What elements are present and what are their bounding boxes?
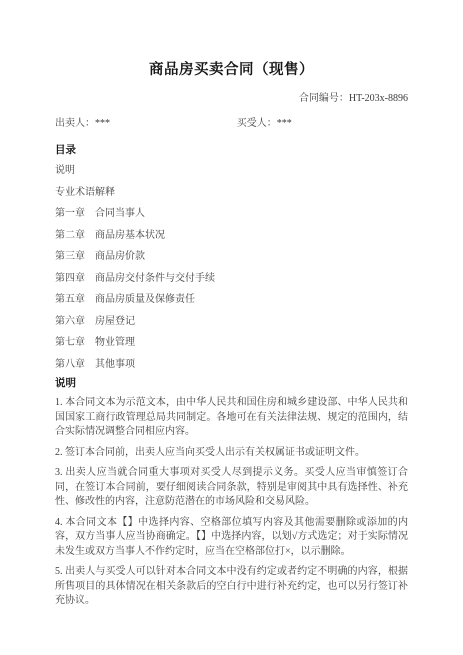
- contract-number-label: 合同编号：: [299, 93, 349, 104]
- toc-item-terms: 专业术语解释: [55, 182, 408, 204]
- buyer-value: ***: [277, 118, 292, 129]
- toc-item-chapter-1: 第一章 合同当事人: [55, 203, 408, 225]
- parties-row: 出卖人：*** 买受人：***: [55, 118, 408, 130]
- notes-list: 1. 本合同文本为示范文本，由中华人民共和国住房和城乡建设部、中华人民共和国国家…: [55, 396, 408, 609]
- toc-item-shuoming: 说明: [55, 160, 408, 182]
- toc-heading: 目录: [55, 144, 408, 157]
- toc-list: 说明 专业术语解释 第一章 合同当事人 第二章 商品房基本状况 第三章 商品房价…: [55, 160, 408, 375]
- toc-item-chapter-8: 第八章 其他事项: [55, 354, 408, 376]
- toc-item-chapter-4: 第四章 商品房交付条件与交付手续: [55, 268, 408, 290]
- seller-info: 出卖人：***: [55, 118, 237, 130]
- contract-number-value: HT-203x-8896: [349, 93, 408, 104]
- toc-item-chapter-5: 第五章 商品房质量及保修责任: [55, 289, 408, 311]
- note-paragraph-4: 4. 本合同文本【】中选择内容、空格部位填写内容及其他需要删除或添加的内容，双方…: [55, 516, 408, 560]
- contract-number: 合同编号：HT-203x-8896: [55, 93, 408, 105]
- toc-item-chapter-6: 第六章 房屋登记: [55, 311, 408, 333]
- contract-document-page: 商品房买卖合同（现售） 合同编号：HT-203x-8896 出卖人：*** 买受…: [0, 0, 463, 655]
- buyer-info: 买受人：***: [237, 118, 408, 130]
- toc-item-chapter-2: 第二章 商品房基本状况: [55, 225, 408, 247]
- toc-item-chapter-3: 第三章 商品房价款: [55, 246, 408, 268]
- notes-heading: 说明: [55, 377, 408, 390]
- note-paragraph-1: 1. 本合同文本为示范文本，由中华人民共和国住房和城乡建设部、中华人民共和国国家…: [55, 396, 408, 440]
- note-paragraph-2: 2. 签订本合同前，出卖人应当向买受人出示有关权属证书或证明文件。: [55, 446, 408, 461]
- note-paragraph-5: 5. 出卖人与买受人可以针对本合同文本中没有约定或者约定不明确的内容，根据所售项…: [55, 565, 408, 609]
- note-paragraph-3: 3. 出卖人应当就合同重大事项对买受人尽到提示义务。买受人应当审慎签订合同，在签…: [55, 466, 408, 510]
- toc-item-chapter-7: 第七章 物业管理: [55, 332, 408, 354]
- page-title: 商品房买卖合同（现售）: [55, 62, 408, 78]
- seller-label: 出卖人：: [55, 118, 95, 129]
- buyer-label: 买受人：: [237, 118, 277, 129]
- seller-value: ***: [95, 118, 110, 129]
